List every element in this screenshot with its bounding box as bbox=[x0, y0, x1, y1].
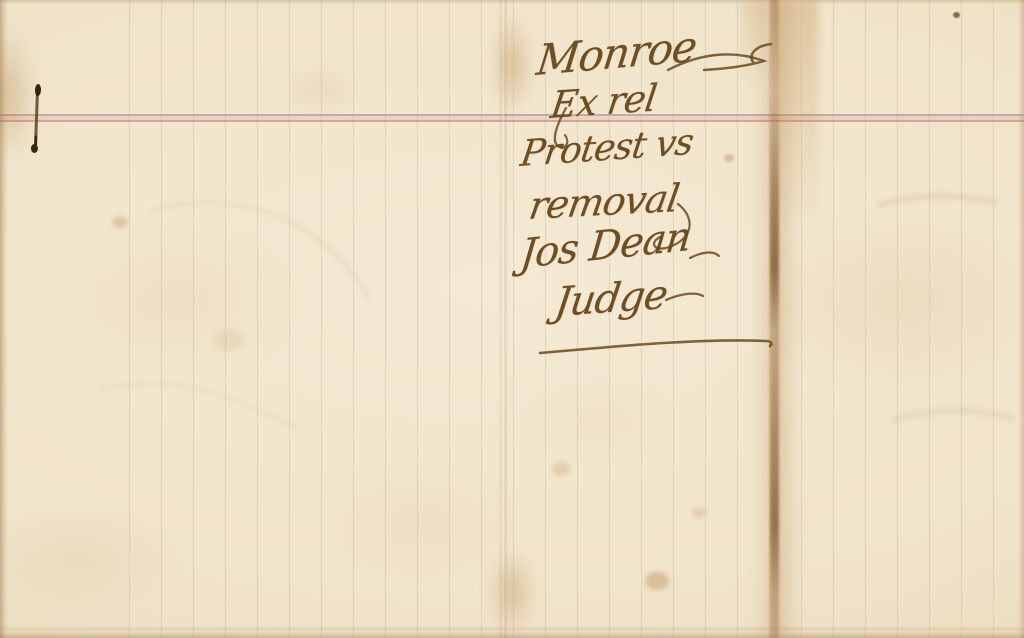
ink-speck bbox=[953, 12, 960, 18]
handwriting-line-exrel: Ex rel bbox=[548, 76, 659, 127]
foxing-spot bbox=[724, 154, 734, 162]
stain-fold-bottom bbox=[486, 548, 538, 638]
paper-edge-bottom bbox=[0, 631, 1024, 638]
bottom-fold-crease bbox=[0, 628, 1024, 630]
paper-edge-top bbox=[0, 0, 1024, 4]
stain-left-of-fold bbox=[742, 0, 768, 90]
stain-right-of-fold bbox=[776, 0, 818, 215]
foxing-spot bbox=[692, 508, 706, 518]
document-page: Monroe Ex rel Protest vs removal Jos Dea… bbox=[0, 0, 1024, 638]
foxing-spot bbox=[112, 216, 128, 228]
stain-fold-top bbox=[490, 14, 534, 116]
paper-edge-left bbox=[0, 0, 8, 638]
paper-edge-right bbox=[1018, 0, 1024, 638]
handwriting-line-title: Judge bbox=[552, 272, 670, 326]
foxing-spot bbox=[645, 572, 669, 590]
foxing-spot bbox=[552, 462, 570, 476]
foxing-spot bbox=[214, 330, 244, 350]
